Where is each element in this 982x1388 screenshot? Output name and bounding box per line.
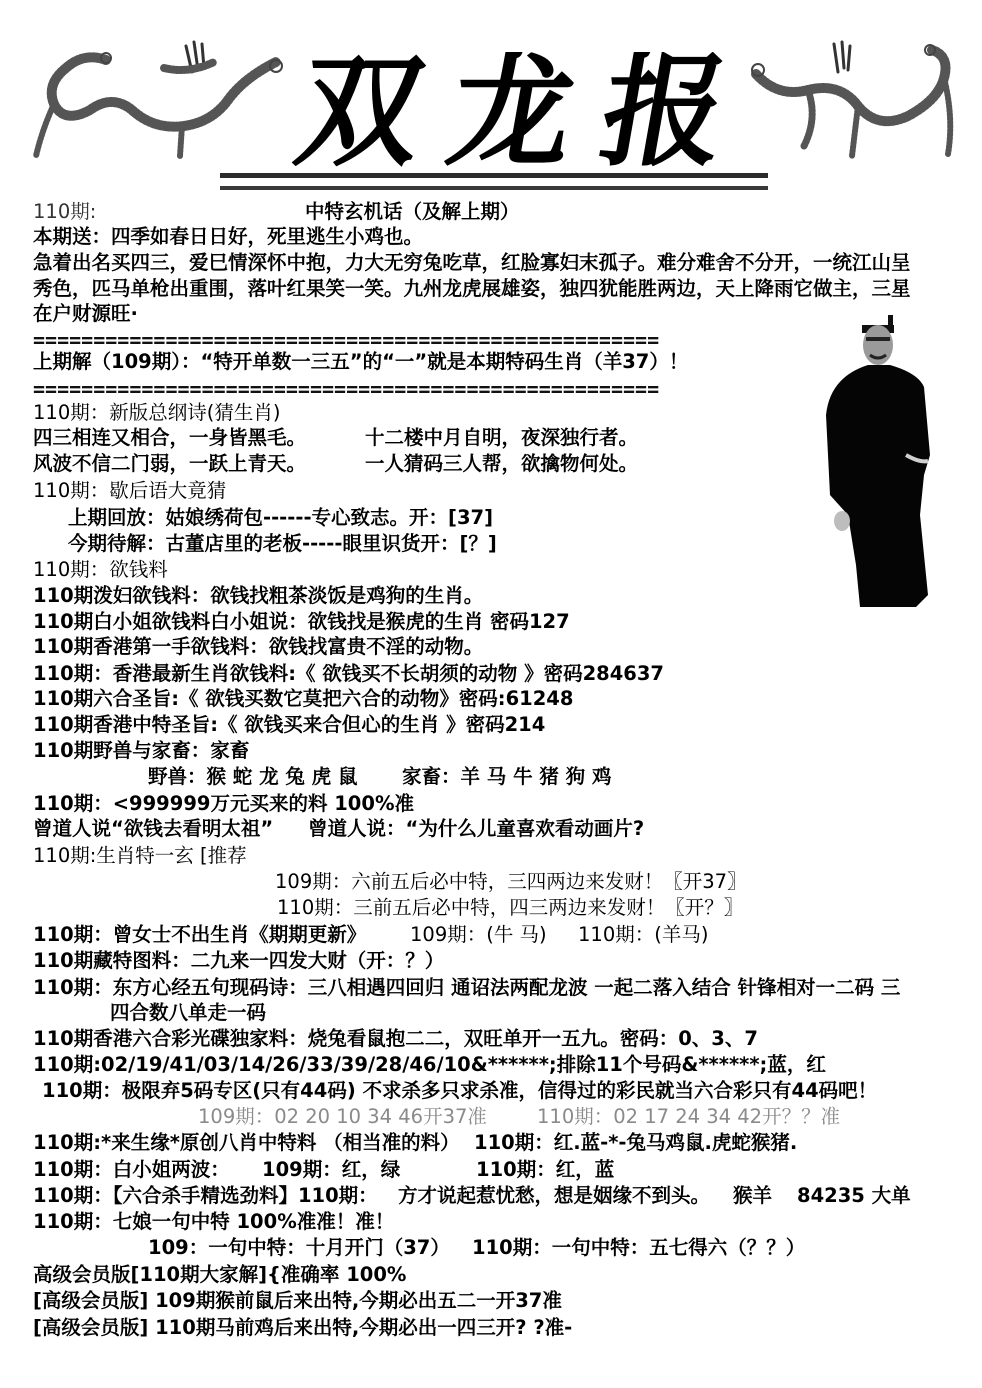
animals-wild: 野兽：猴 蛇 龙 兔 虎 鼠 <box>148 765 357 789</box>
intro-heading: 中特玄机话（及解上期） <box>305 200 520 224</box>
masthead-title-text: 双龙报 <box>287 52 743 177</box>
vip-title: 高级会员版[110期大家解]{准确率 100% <box>33 1263 406 1287</box>
separator-bottom: ========================================… <box>33 379 659 399</box>
ms-zeng-curr: 110期：(羊马) <box>578 923 708 947</box>
ms-zeng-label: 110期：曾女士不出生肖《期期更新》 <box>33 923 366 947</box>
heart-sutra-line2: 四合数八单走一码 <box>110 1001 266 1025</box>
two-waves-label: 110期：白小姐两波： <box>33 1158 230 1182</box>
riddle-current: 今期待解：古董店里的老板-----眼里识货开：[？] <box>68 532 497 556</box>
next-life-label: 110期:*来生缘*原创八肖中特料 （相当准的料） <box>33 1131 460 1155</box>
killer-pick-zodiac: 猴羊 <box>733 1184 772 1208</box>
limit-zone-text: 110期：极限弃5码专区(只有44码) 不求杀多只求杀准，信得过的彩民就当六合彩… <box>42 1079 877 1103</box>
two-waves-prev: 109期：红，绿 <box>262 1158 400 1182</box>
right-dragon-image <box>748 38 970 168</box>
riddle-previous: 上期回放：姑娘绣荷包------专心致志。开：[37] <box>68 506 493 530</box>
general-poem-line: 风波不信二门弱，一跃上青天。 <box>33 452 306 476</box>
premium-tip: 110期：<999999万元买来的料 100%准 <box>33 792 414 816</box>
vip-curr: [高级会员版] 110期马前鸡后来出特,今期必出一四三开? ?准- <box>33 1316 572 1340</box>
next-life-value: 110期：红.蓝-*-兔马鸡鼠.虎蛇猴猪. <box>474 1131 797 1155</box>
two-waves-curr: 110期：红，蓝 <box>476 1158 614 1182</box>
man-in-robe-photo <box>820 315 942 615</box>
zeng-daoren-left: 曾道人说“欲钱去看明太祖” <box>33 817 273 841</box>
masthead-rule-bottom <box>220 186 768 190</box>
killer-pick-numbers: 84235 大单 <box>797 1184 911 1208</box>
intro-issue: 110期: <box>33 200 96 224</box>
animals-title: 110期野兽与家畜：家畜 <box>33 739 249 763</box>
limit-zone-prev: 109期：02 20 10 34 46开37准 <box>198 1105 487 1129</box>
killer-pick-label: 110期：【六合杀手精选劲料】110期： <box>33 1184 378 1208</box>
money-tip-item: 110期六合圣旨:《 欲钱买数它莫把六合的动物》密码:61248 <box>33 687 573 711</box>
zodiac-special-curr: 110期：三前五后必中特，四三两边来发财！〖开？〗 <box>277 896 743 920</box>
heart-sutra-line1: 110期：东方心经五句现码诗：三八相遇四回归 通诏法两配龙波 一起二落入结合 针… <box>33 976 900 1000</box>
money-tips-title: 110期：欲钱料 <box>33 558 168 582</box>
separator-top: ========================================… <box>33 330 659 350</box>
masthead-title: 双龙报 <box>283 52 743 177</box>
qiniang-curr: 110期：一句中特：五七得六（？？） <box>472 1236 805 1260</box>
number-list: 110期:02/19/41/03/14/26/33/39/28/46/10&**… <box>33 1053 826 1077</box>
general-poem-line: 一人猜码三人帮，欲擒物何处。 <box>365 452 638 476</box>
animals-domestic: 家畜：羊 马 牛 猪 狗 鸡 <box>402 765 611 789</box>
limit-zone-curr: 110期：02 17 24 34 42开？？准 <box>537 1105 840 1129</box>
hidden-chart-tip: 110期藏特图料：二九来一四发大财（开：？） <box>33 949 444 973</box>
intro-poem-line: 急着出名买四三，爱巳情深怀中抱，力大无穷兔吃草，红脸寡妇末孤子。难分难舍不分开，… <box>33 251 911 275</box>
ms-zeng-prev: 109期：(牛 马) <box>410 923 547 947</box>
intro-poem-line: 秀色，匹马单枪出重围，落叶红果笑一笑。九州龙虎展雄姿，独四犹能胜两边，天上降雨它… <box>33 277 911 301</box>
money-tip-item: 110期：香港最新生肖欲钱料:《 欲钱买不长胡须的动物 》密码284637 <box>33 662 664 686</box>
qiniang-title: 110期：七娘一句中特 100%准准！准！ <box>33 1210 394 1234</box>
money-tip-item: 110期泼妇欲钱料：欲钱找粗茶淡饭是鸡狗的生肖。 <box>33 584 483 608</box>
zodiac-special-prev: 109期：六前五后必中特，三四两边来发财！〖开37〗 <box>275 870 747 894</box>
masthead-rule-top <box>220 173 768 178</box>
disc-tip: 110期香港六合彩光碟独家料：烧兔看鼠抱二二，双旺单开一五九。密码：0、3、7 <box>33 1027 758 1051</box>
general-poem-line: 四三相连又相合，一身皆黑毛。 <box>33 426 306 450</box>
vip-prev: [高级会员版] 109期猴前鼠后来出特,今期必出五二一开37准 <box>33 1289 562 1313</box>
zeng-daoren-right: 曾道人说：“为什么儿童喜欢看动画片? <box>308 817 644 841</box>
last-issue-answer: 上期解（109期）：“特开单数一三五”的“一”就是本期特码生肖（羊37）！ <box>33 350 688 374</box>
general-poem-line: 十二楼中月自明，夜深独行者。 <box>365 426 638 450</box>
money-tip-item: 110期香港第一手欲钱料：欲钱找富贵不淫的动物。 <box>33 635 483 659</box>
money-tip-item: 110期白小姐欲钱料白小姐说：欲钱找是猴虎的生肖 密码127 <box>33 610 570 634</box>
left-dragon-image <box>14 38 286 168</box>
general-poem-title: 110期：新版总纲诗(猜生肖) <box>33 401 280 425</box>
killer-pick-poem: 方才说起惹忧愁，想是姻缘不到头。 <box>398 1184 710 1208</box>
intro-gift: 本期送：四季如春日日好，死里逃生小鸡也。 <box>33 225 423 249</box>
money-tip-item: 110期香港中特圣旨:《 欲钱买来合但心的生肖 》密码214 <box>33 713 545 737</box>
zodiac-special-title: 110期:生肖特一玄 [推荐 <box>33 844 247 868</box>
intro-poem-line: 在户财源旺· <box>33 302 138 326</box>
qiniang-prev: 109：一句中特：十月开门（37） <box>148 1236 450 1260</box>
riddle-title: 110期：歇后语大竟猜 <box>33 479 226 503</box>
